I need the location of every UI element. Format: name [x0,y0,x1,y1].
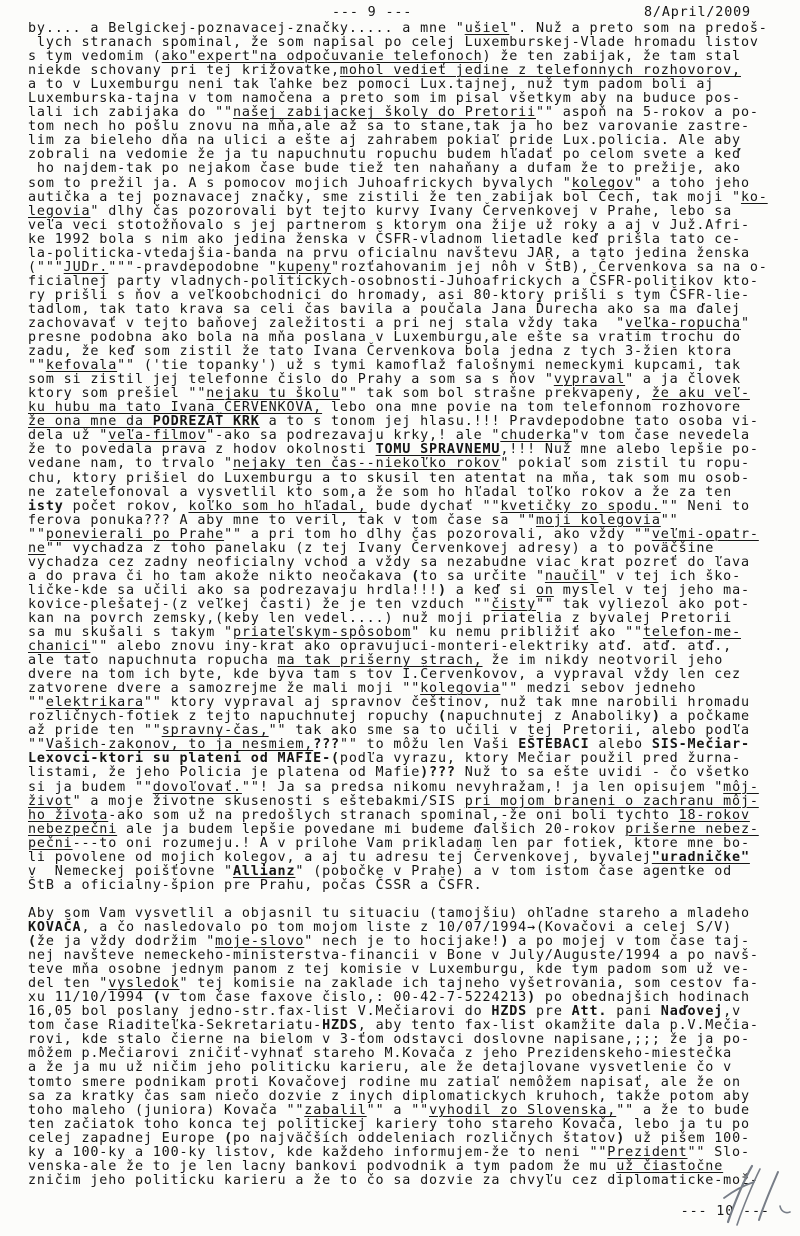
document-line: sa za kratky čas sam niečo dozvie z inyc… [28,1090,796,1104]
document-line: sa mu skušali s takym "priateľskym-spôso… [28,626,796,640]
document-line: chu, ktory prišiel do Luxemburgu a to sk… [28,472,796,486]
document-line: ferova ponuka??? A aby mne to veril, tak… [28,514,796,528]
document-line: nebezpečni ale ja budem lepšie povedane … [28,823,796,837]
page-number-header: --- 9 --- [332,5,412,20]
document-line: si ja budem ""dovoľovať.""! Ja sa predsa… [28,781,796,795]
document-line: by.... a Belgickej-poznavacej-značky....… [28,22,796,36]
document-line: (že ja vždy dodržim "moje-slovo" nech je… [28,935,796,949]
document-line: KOVAČA, a čo nasledovalo po tom mojom li… [28,921,796,935]
handwritten-signature-icon [712,1156,800,1236]
document-line: venska-ale že to je len lacny bankovi po… [28,1160,796,1174]
document-line: ten začiatok toho konca tej politickej k… [28,1118,796,1132]
document-line: listami, že jeho Policia je platena od M… [28,766,796,780]
page-footer: --- 10 --- [0,1189,800,1234]
document-line: legovia" dlhy čas pozorovali byt tejto k… [28,205,796,219]
document-line: Aby som Vam vysvetlil a objasnil tu situ… [28,907,796,921]
document-body: by.... a Belgickej-poznavacej-značky....… [0,22,800,1188]
document-line: la-politicka-vtedajšia-banda na prvu ofi… [28,247,796,261]
document-line: v Nemeckej poišťovne "Allianz" (pobočke … [28,865,796,879]
document-line: autička a tej poznavacej značky, sme zis… [28,191,796,205]
document-line: vedane nam, to trvalo "nejaky ten čas--n… [28,457,796,471]
page-header: --- 9 --- 8/April/2009 [0,0,800,22]
document-line: kan na povrch zemsky,(keby len vedel....… [28,612,796,626]
document-line: li povolene od mojich kolegov, a aj tu a… [28,851,796,865]
document-line: som to prežil ja. A s pomocov mojich Juh… [28,177,796,191]
document-line: život" a moje životne skusenosti s ešteb… [28,795,796,809]
document-line: ne zatelefonoval a vysvetlil kto som,a ž… [28,486,796,500]
document-line: a do prava či ho tam akože nikto neočaka… [28,570,796,584]
document-line: ho najdem-tak po nejakom čase bude tiež … [28,162,796,176]
document-line: zachovavať v tejto baňovej zaležitosti a… [28,317,796,331]
document-line: ("""JUDr."""-pravdepodobne "kupeny"rozťa… [28,261,796,275]
document-line: ke 1992 bola s nim ako jedina ženska v Č… [28,233,796,247]
document-line: a že ja mu už ničim jeho politicku karie… [28,1061,796,1075]
document-line: lych stranach spominal, že som napisal p… [28,36,796,50]
document-line: veľa veci stotožňovalo s jej partnerom s… [28,219,796,233]
document-line: pečni---to oni rozumeju.! A v prilohe Va… [28,837,796,851]
document-line: ky a 100-ky a 100-ky listov, kde každeho… [28,1146,796,1160]
document-line: ne"" vychadza z toho panelaku (z tej Iva… [28,542,796,556]
document-line: celej zapadnej Europe (po najväčších odd… [28,1132,796,1146]
date-stamp: 8/April/2009 [644,5,751,20]
document-line: vychadza cez zadny neoficialny vchod a v… [28,556,796,570]
document-line: ŠtB a oficialny-špion pre Prahu, počas Č… [28,879,796,893]
document-line: ho života-ako som už na predošlych stran… [28,809,796,823]
document-line: zničim jeho politicku karieru a že to čo… [28,1174,796,1188]
document-line: isty počet rokov, koľko som ho hľadal, b… [28,500,796,514]
document-line: ry prišli s ňov a veľkoobchodnici do hro… [28,289,796,303]
document-line: chanici"" alebo znovu iny-krat ako oprav… [28,640,796,654]
document-line: presne podobna ako bola na mňa poslana v… [28,331,796,345]
document-line [28,893,796,907]
document-line: kovice-plešatej-(z veľkej časti) že je t… [28,598,796,612]
document-line: tadlom, tak tato krava sa celi čas bavil… [28,303,796,317]
document-line: ficialnej party vladnych-politickych-oso… [28,275,796,289]
document-page: --- 9 --- 8/April/2009 by.... a Belgicke… [0,0,800,1236]
document-line: ""ponevierali po Prahe"" a pri tom ho dl… [28,528,796,542]
document-line: toho maleho (juniora) Kovača ""zabalil""… [28,1104,796,1118]
document-line: tomto smere podnikam proti Kovačovej rod… [28,1076,796,1090]
document-line: ličke-kde sa učili ako sa podrezavaju hr… [28,584,796,598]
